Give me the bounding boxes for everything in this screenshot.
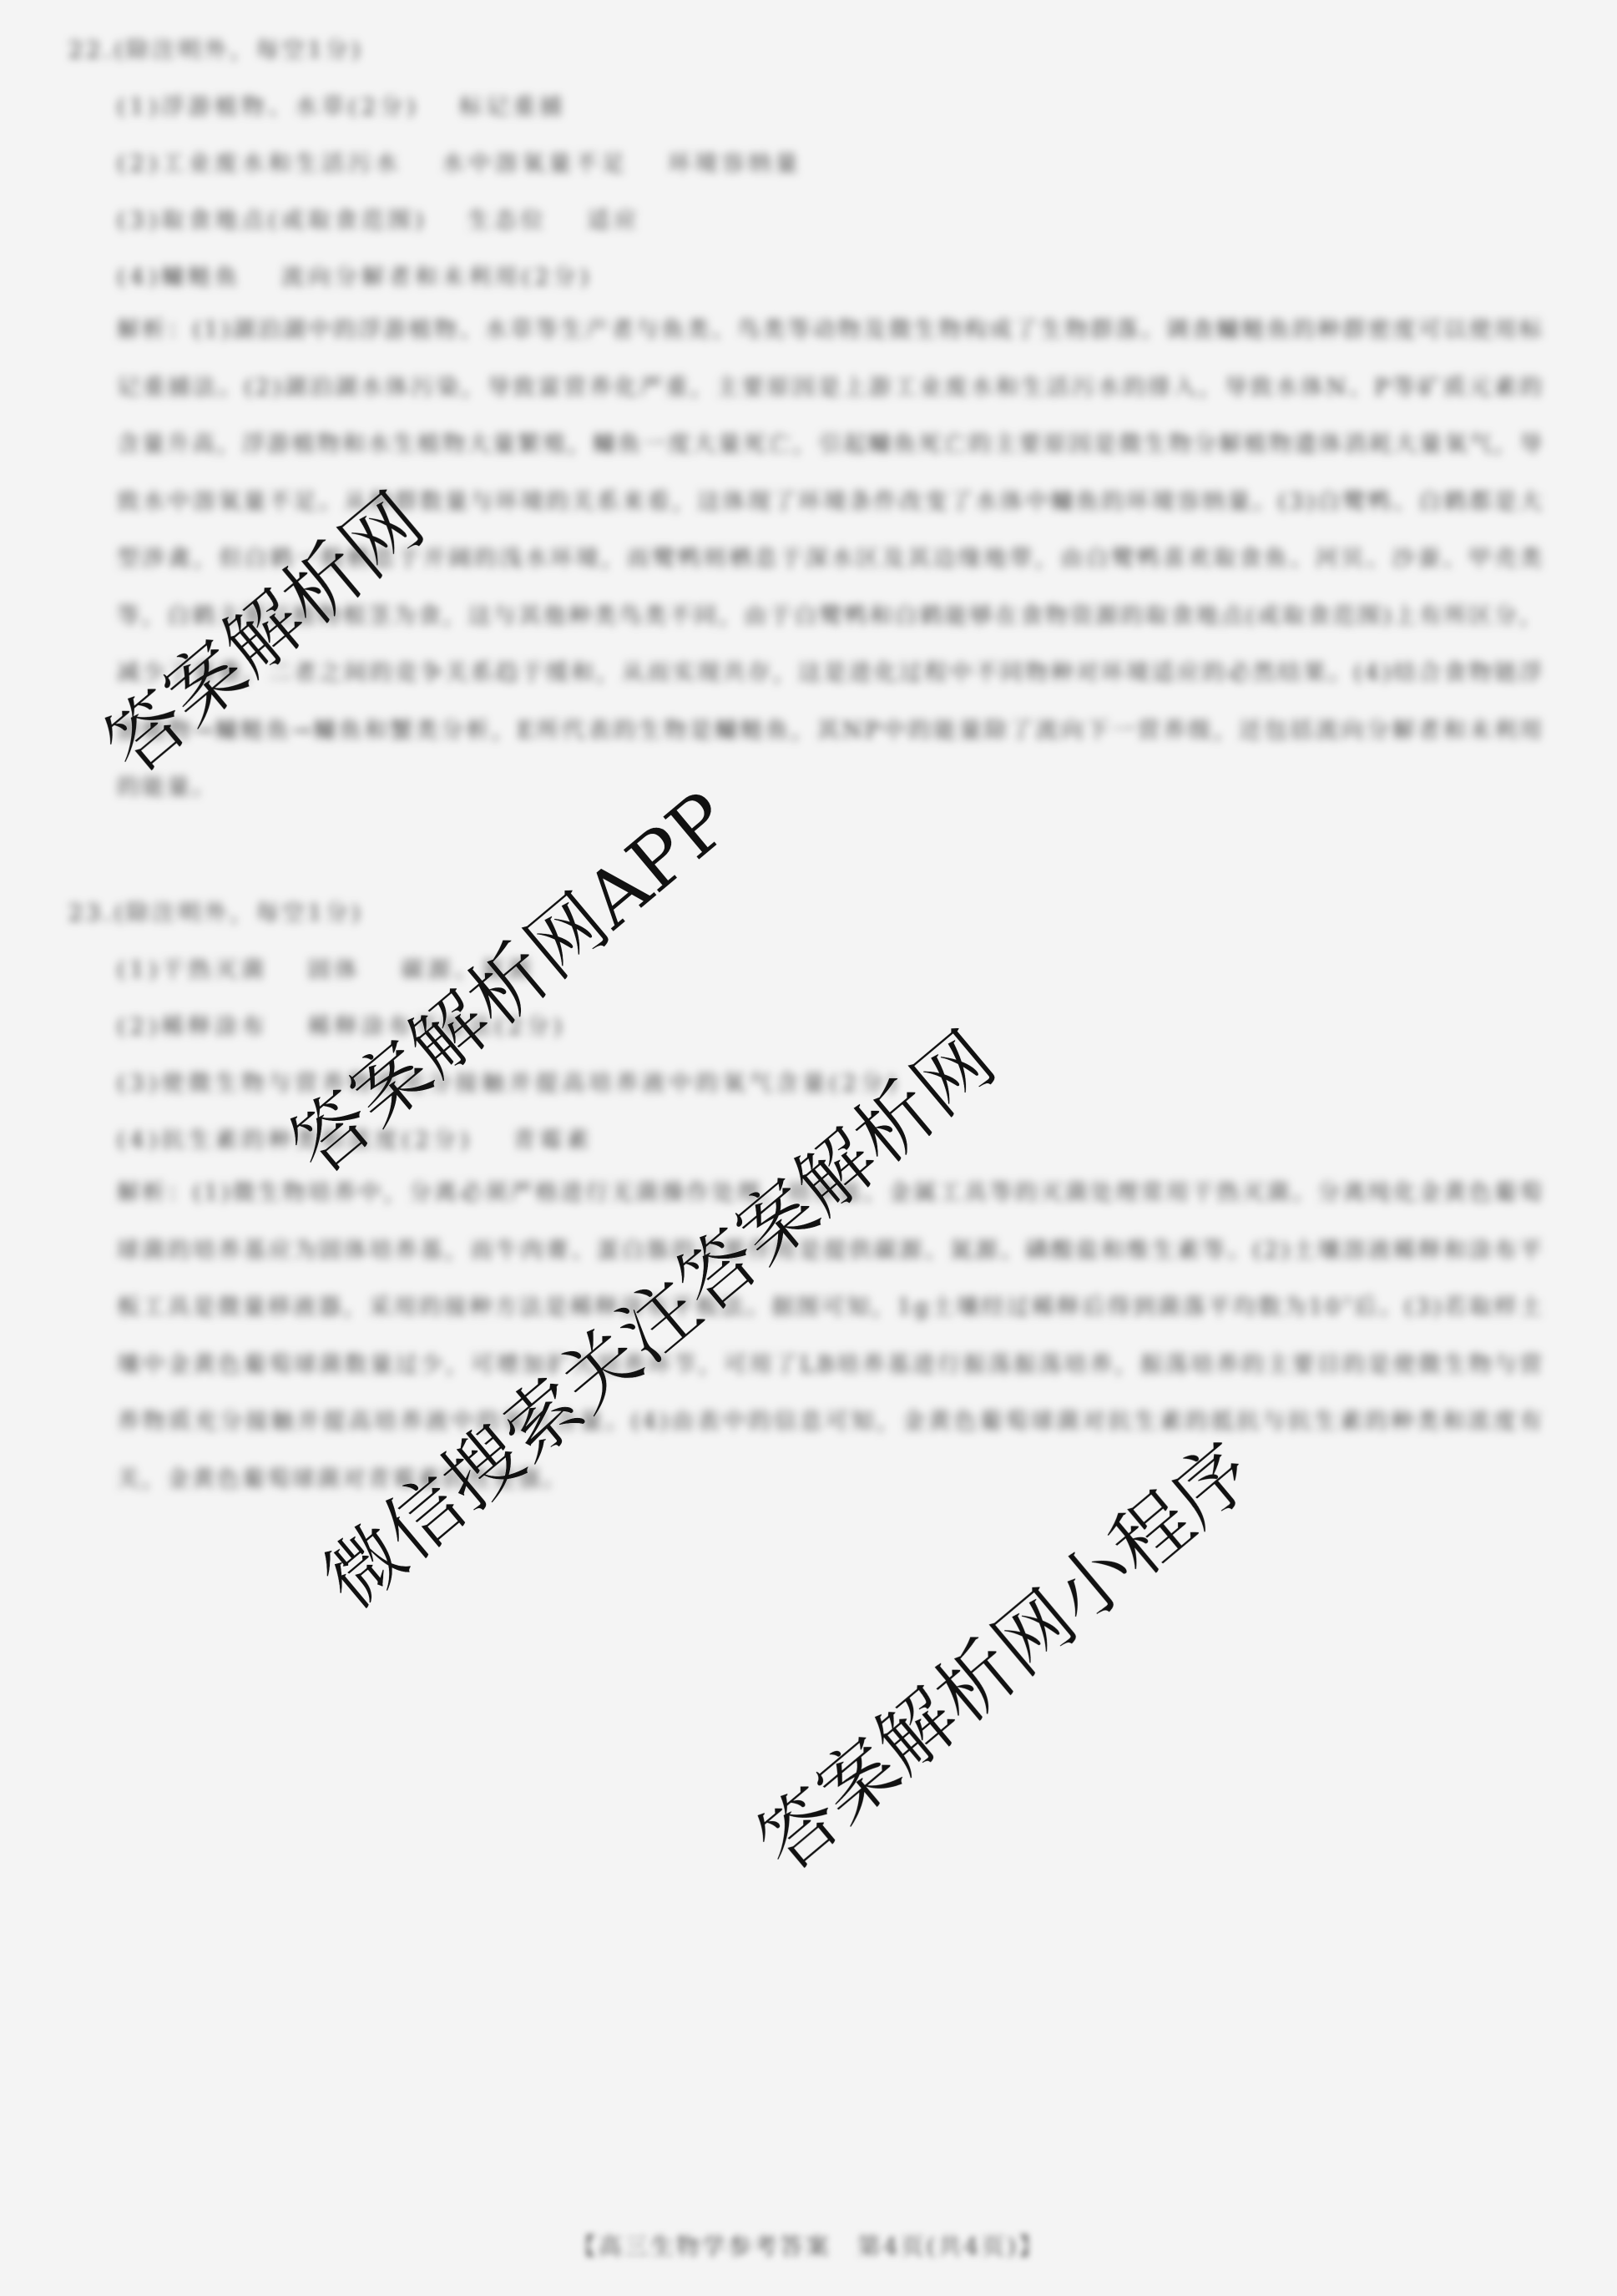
- question-23-item-3: (3)使微生物与营养物质充分接触并提高培养液中的氧气含量(2分): [117, 1065, 901, 1098]
- answer-text: 生态位: [467, 208, 548, 234]
- question-22-item-4: (4)鳙鲢鱼 流向分解者和未利用(2分): [117, 259, 593, 291]
- question-22-item-1: (1)浮游植物、水草(2分) 标记重捕: [117, 88, 566, 121]
- answer-text: (3)使微生物与营养物质充分接触并提高培养液中的氧气含量(2分): [117, 1071, 901, 1097]
- question-22-item-3: (3)取食地点(或取食范围) 生态位 适应: [117, 202, 641, 235]
- question-23-title: 23.(除注明外，每空1分): [68, 895, 363, 927]
- answer-text: (1)浮游植物、水草(2分): [117, 94, 420, 120]
- answer-text: 水中溶氧量不足: [442, 151, 629, 177]
- answer-text: (2)工业废水和生活污水: [117, 151, 402, 177]
- page-footer: 【高三生物学参考答案 第4页(共4页)】: [0, 2228, 1617, 2262]
- question-22-item-2: (2)工业废水和生活污水 水中溶氧量不足 环境容纳量: [117, 145, 801, 178]
- answer-text: (1)干热灭菌: [117, 957, 268, 983]
- answer-text: 固体: [308, 957, 361, 983]
- answer-text: 青霉素: [513, 1128, 593, 1153]
- answer-text: 标记重捕: [459, 94, 566, 120]
- answer-text: 适应: [588, 208, 641, 234]
- answer-text: (3)取食地点(或取食范围): [117, 208, 427, 234]
- answer-text: 流向分解者和未利用(2分): [281, 265, 593, 290]
- answer-text: (4)鳙鲢鱼: [117, 265, 241, 290]
- answer-text: (2)稀释涂布: [117, 1014, 268, 1040]
- question-22-title: 22.(除注明外，每空1分): [68, 32, 363, 64]
- answer-text: 环境容纳量: [668, 151, 801, 177]
